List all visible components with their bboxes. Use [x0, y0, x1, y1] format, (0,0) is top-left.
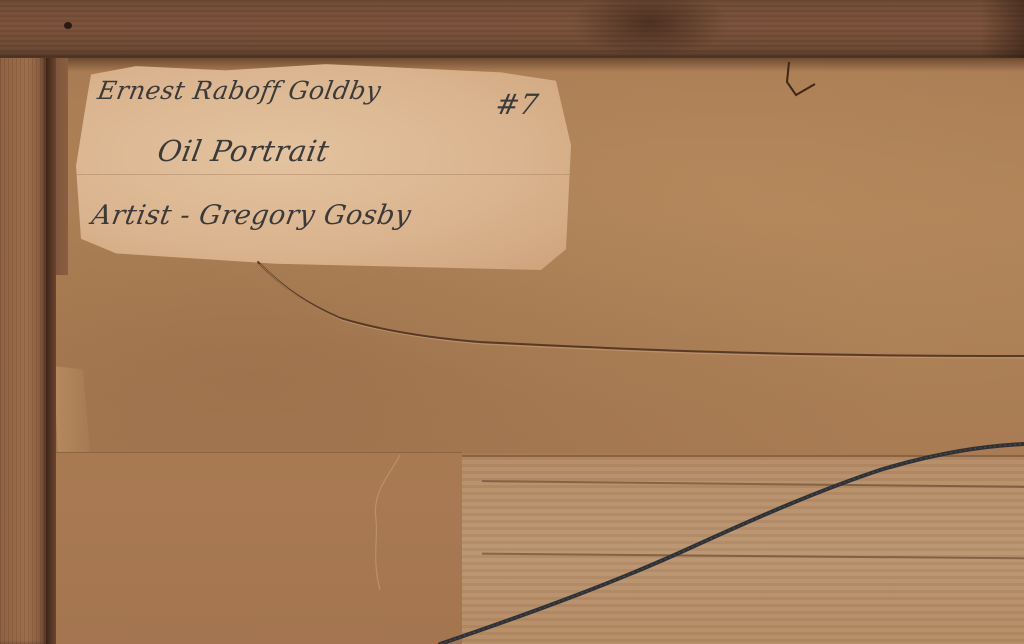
- hanging-wire: [440, 444, 1024, 644]
- paper-tear: [258, 262, 1024, 356]
- paper-crack: [375, 455, 400, 590]
- paper-nick: [787, 62, 815, 95]
- details-overlay: [0, 0, 1024, 644]
- photo-scene: Ernest Raboff Goldby #7 Oil Portrait Art…: [0, 0, 1024, 644]
